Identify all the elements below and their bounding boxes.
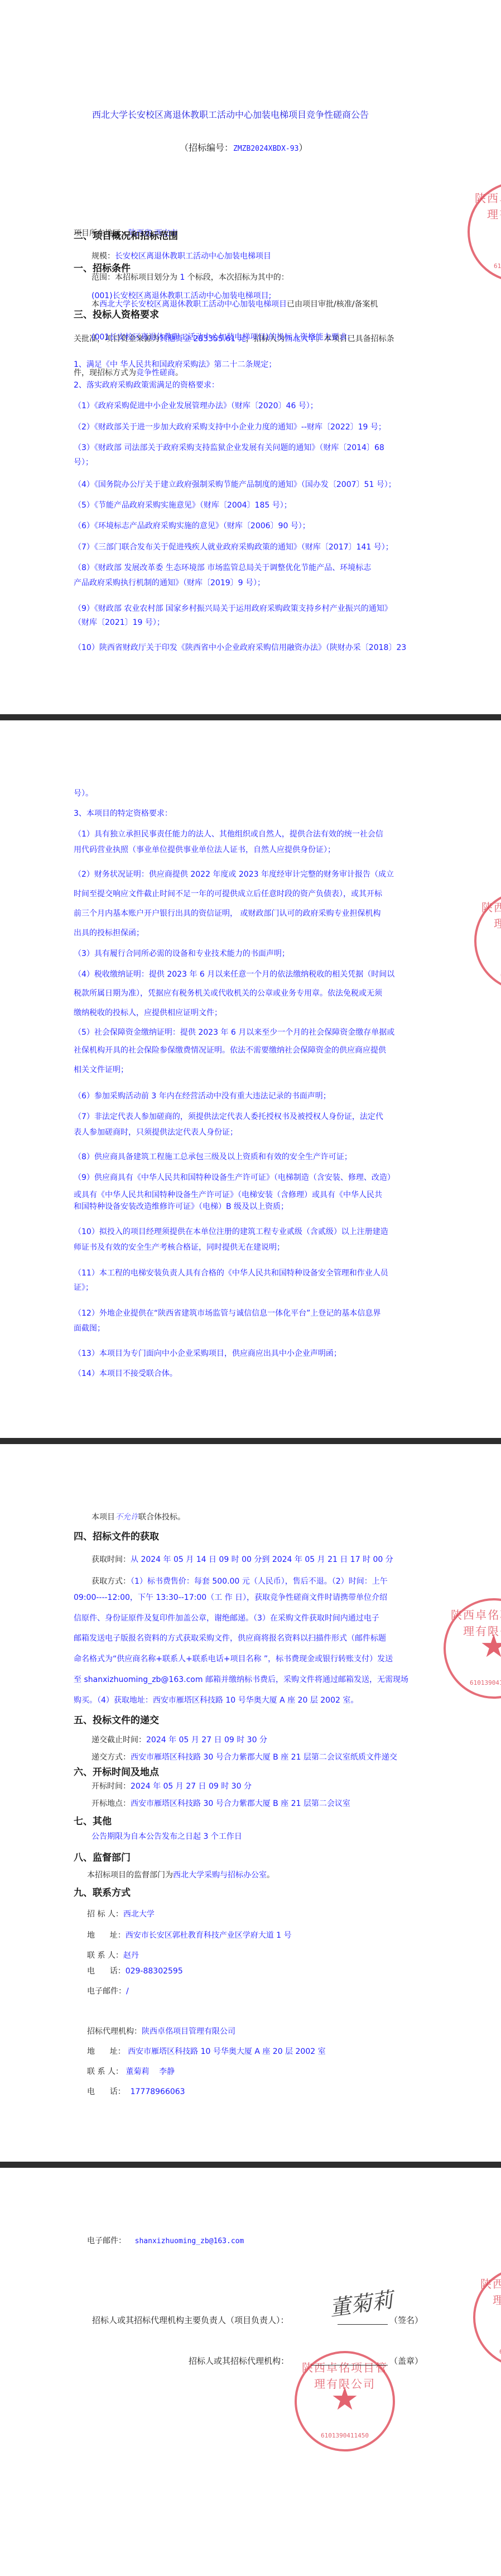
- value: 西安市雁塔区科技路 10 号华奥大厦 A 座 20 层 2002 室: [126, 2047, 326, 2056]
- star-icon: ★: [480, 1631, 501, 1662]
- obtain-method-line: 命名格式为“供应商名称+联系人+联系电话+项目名称 ”，标书费现金或银行转账支付…: [74, 1653, 393, 1665]
- policy-item: （3）《财政部 司法部关于政府采购支持监狱企业发展有关问题的通知》（财库〔201…: [74, 442, 384, 453]
- label: 招标代理机构：: [87, 2027, 142, 2036]
- label: 获取时间：: [91, 1555, 131, 1564]
- seal-label: 招标人或其招标代理机构：: [189, 2355, 289, 2367]
- obtain-method-line: 09:00----12:00，下午 13:30--17:00（工 作 日），获取…: [74, 1592, 387, 1603]
- specific-requirement: （9）供应商具有《中华人民共和国特种设备生产许可证》（电梯制造（含安装、修理、改…: [74, 1172, 395, 1183]
- label: 地 址：: [87, 2047, 126, 2056]
- specific-requirement: 或具有《中华人民共和国特种设备生产许可证》（电梯安装（含修理）或具有《中华人民共: [74, 1189, 382, 1201]
- notice-period: 公告期限为自本公告发布之日起 3 个工作日: [91, 1831, 242, 1842]
- value: 董菊莉 李静: [123, 2067, 175, 2076]
- value: 西安市长安区郭杜教育科技产业区学府大道 1 号: [126, 1931, 292, 1940]
- consortium-status: 不允许: [115, 1513, 138, 1522]
- tender-code: （招标编号：ZMZB2024XBDX-93）: [180, 142, 307, 155]
- scale-label: 规模：: [91, 252, 115, 261]
- label: 电子邮件：: [87, 1987, 126, 1996]
- requirement-1: 1、满足《中 华人民共和国政府采购法》第二十二条规定；: [74, 359, 276, 370]
- lot-item: (001)长安校区离退休教职工活动中心加装电梯项目;: [91, 290, 271, 302]
- specific-requirement: （3）具有履行合同所必需的设备和专业技术能力的书面声明；: [74, 948, 290, 959]
- tender-code-value: ZMZB2024XBDX-93: [233, 145, 298, 153]
- policy-item: （10）陕西省财政厅关于印发《陕西省中小企业政府采购信用融资办法》（陕财办采〔2…: [74, 642, 406, 653]
- supervisor: 西北大学采购与招标办公室: [173, 1871, 267, 1880]
- submit-deadline: 递交截止时间：2024 年 05 月 27 日 09 时 30 分: [91, 1734, 267, 1746]
- obtain-method-line[interactable]: 至 shanxizhuoming_zb@163.com 邮箱并缴纳标书费后，采购…: [74, 1674, 408, 1685]
- seal-code: 6101390411450: [297, 2432, 393, 2439]
- section-2-heading-shown: 二、项目概况和招标范围: [74, 230, 178, 242]
- label: 电 话：: [87, 1967, 126, 1976]
- tenderer-email-row: 电子邮件：/: [87, 1986, 129, 1997]
- label: 开标地点：: [91, 1799, 131, 1808]
- company-seal-page-3: 陕西卓佲项目管理有限公司 ★ 6101390411450: [444, 1598, 501, 1699]
- seal-code: 6101390411450: [475, 2348, 501, 2355]
- specific-requirement: （6）参加采购活动前 3 年内在经营活动中没有重大违法记录的书面声明；: [74, 1091, 331, 1102]
- specific-requirement: 出具的投标担保函；: [74, 928, 144, 939]
- specific-requirement: （12）外地企业提供在“陕西省建筑市场监管与诚信信息一体化平台”上登记的基本信息…: [74, 1308, 380, 1319]
- submit-method: 递交方式：西安市雁塔区科技路 30 号合力紫郡大厦 B 座 21 层第二会议室纸…: [91, 1752, 397, 1763]
- specific-requirement: （11）本工程的电梯安装负责人具有合格的《中华人民共和国特种设备安全管理和作业人…: [74, 1268, 388, 1279]
- text: 。: [267, 1871, 274, 1880]
- document-title: 西北大学长安校区离退休教职工活动中心加装电梯项目竞争性磋商公告: [92, 109, 369, 121]
- agency-phone-row: 电 话： 17778966063: [87, 2086, 185, 2097]
- label: 联 系 人：: [87, 2067, 123, 2076]
- value: /: [126, 1987, 129, 1996]
- value: 2024 年 05 月 27 日 09 时 30 分: [146, 1736, 267, 1745]
- policy-item: （1）《政府采购促进中小企业发展管理办法》（财库〔2020〕46 号）；: [74, 400, 318, 412]
- obtain-method-line: 信原件、身份证原件及复印件加盖公章，谢绝邮递。（3）在采购文件获取时间内通过电子: [74, 1613, 379, 1624]
- section-7-heading: 七、其他: [74, 1815, 112, 1828]
- specific-requirement: 前三个月内基本账户开户银行出具的资信证明， 或财政部门认可的政府采购专业担保机构: [74, 908, 380, 919]
- supervision-line: 本招标项目的监督部门为西北大学采购与招标办公室。: [87, 1870, 274, 1881]
- policy-item: （8）《财政部 发展改革委 生态环境部 市场监管总局关于调整优化节能产品、环境标…: [74, 562, 371, 573]
- agency-contact-row: 联 系 人： 董菊莉 李静: [87, 2066, 175, 2077]
- value: （1）标书费售价：每套 500.00 元（人民币），售后不退。（2）时间：上午: [131, 1577, 388, 1586]
- section-4-heading: 四、招标文件的获取: [74, 1531, 159, 1543]
- agency-address-row: 地 址： 西安市雁塔区科技路 10 号华奥大厦 A 座 20 层 2002 室: [87, 2046, 326, 2057]
- label: 获取方式：: [91, 1577, 131, 1586]
- policy-item: （2）《财政部关于进一步加大政府采购支持中小企业力度的通知》--财库〔2022〕…: [74, 422, 386, 433]
- text: 范围：本招标项目划分为: [91, 273, 177, 282]
- opening-place: 开标地点：西安市雁塔区科技路 30 号合力紫郡大厦 B 座 21 层第二会议室: [91, 1798, 350, 1809]
- seal-text: 陕西卓佲项目管理有限公司: [470, 189, 501, 222]
- signature-line: [338, 2324, 388, 2325]
- company-seal-page-1: 陕西卓佲项目管理有限公司 ★ 6101390411450: [468, 181, 501, 282]
- specific-requirement: （2）财务状况证明：供应商提供 2022 年度或 2023 年度经审计完整的财务…: [74, 869, 394, 880]
- value: 西安市雁塔区科技路 30 号合力紫郡大厦 B 座 21 层第二会议室纸质文件递交: [131, 1753, 397, 1762]
- value: 赵丹: [123, 1951, 139, 1960]
- specific-requirement: 师证书及有效的安全生产考核合格证，同时提供无在建说明；: [74, 1242, 285, 1253]
- agency-name-row: 招标代理机构：陕西卓佲项目管理有限公司: [87, 2026, 235, 2037]
- label: 递交截止时间：: [91, 1736, 146, 1745]
- page-separator: [0, 714, 501, 720]
- specific-requirement: （5）社会保障资金缴纳证明：提供 2023 年 6 月以来至少一个月的社会保障资…: [74, 1027, 394, 1038]
- agency-email-row: 电子邮件： shanxizhuoming_zb@163.com: [87, 2235, 244, 2247]
- specific-requirement: 和国特种设备安装改造维修许可证》（电梯）B 级及以上资质；: [74, 1201, 288, 1212]
- qualification-intro: (001长安校区离退休教职工活动中心加装电梯项目)的投标人资格能力要求：: [91, 332, 355, 343]
- agency-email-link[interactable]: shanxizhuoming_zb@163.com: [126, 2237, 244, 2245]
- specific-requirement: 社保机构开具的社会保险参保缴费情况证明。依法不需要缴纳社会保障资金的供应商应提供: [74, 1045, 386, 1056]
- specific-requirement: （4）税收缴纳证明：提供 2023 年 6 月以来任意一个月的依法缴纳税收的相关…: [74, 969, 394, 980]
- handwritten-signature: 董菊莉: [327, 2282, 395, 2321]
- specific-requirement: （1）具有独立承担民事责任能力的法人、其他组织或自然人，提供合法有效的统一社会信: [74, 829, 383, 840]
- page-separator: [0, 1438, 501, 1444]
- specific-requirement: 时间至提交响应文件截止时间不足一年的可提供成立后任意时段的资产负债表），或其开标: [74, 888, 382, 900]
- company-seal-page-2: 陕西卓佲项目管理有限公司 ★ 6101390411450: [474, 891, 501, 991]
- value: 陕西卓佲项目管理有限公司: [142, 2027, 235, 2036]
- seal-line: [311, 2365, 388, 2365]
- section-8-heading: 八、监督部门: [74, 1852, 131, 1864]
- specific-requirement: 用代码营业执照（事业单位提供事业单位法人证书，自然人应提供身份证）；: [74, 844, 335, 856]
- section-5-heading: 五、投标文件的递交: [74, 1714, 159, 1727]
- tenderer-contact-row: 联 系 人：赵丹: [87, 1950, 139, 1961]
- scale-value: 长安校区离退休教职工活动中心加装电梯项目: [115, 252, 271, 261]
- seal-code: 6101390411450: [446, 1679, 501, 1686]
- policy-item: 产品政府采购执行机制的通知》（财库〔2019〕9 号）；: [74, 577, 265, 589]
- value: 西北大学: [123, 1910, 155, 1919]
- specific-requirement: （10）拟投入的项目经理须提供在本单位注册的建筑工程专业贰级（含贰级）以上注册建…: [74, 1226, 388, 1237]
- opening-time: 开标时间：2024 年 05 月 27 日 09 时 30 分: [91, 1781, 252, 1792]
- section-6-heading: 六、开标时间及地点: [74, 1766, 159, 1779]
- text: 联合体投标。: [138, 1513, 185, 1522]
- value: 2024 年 05 月 27 日 09 时 30 分: [131, 1782, 252, 1791]
- tenderer-phone-row: 电 话：029-88302595: [87, 1966, 183, 1977]
- specific-requirement: （13）本项目为专门面向中小企业采购项目，供应商应出具中小企业声明函；: [74, 1348, 341, 1359]
- specific-requirement: 相关文件证明；: [74, 1064, 128, 1076]
- text: 本项目: [91, 1513, 115, 1522]
- seal-code: 6101390411450: [470, 262, 501, 270]
- text: 个标段，本次招标为其中的：: [187, 273, 289, 282]
- value: 029-88302595: [126, 1967, 183, 1976]
- star-icon: ★: [331, 2384, 359, 2415]
- page-separator: [0, 2162, 501, 2168]
- tenderer-name-row: 招 标 人：西北大学: [87, 1909, 155, 1920]
- value: 从 2024 年 05 月 14 日 09 时 00 分到 2024 年 05 …: [131, 1555, 393, 1564]
- section-3-heading: 三、投标人资格要求: [74, 309, 159, 321]
- specific-requirement: 缴纳税收的投标人，应提供相应证明文件；: [74, 1007, 222, 1019]
- policy-item: （7）《三部门联合发布关于促进残疾人就业政府采购政策的通知》（财库〔2017〕1…: [74, 542, 393, 553]
- label: 递交方式：: [91, 1753, 131, 1762]
- label: 招 标 人：: [87, 1910, 123, 1919]
- label: 联 系 人：: [87, 1951, 123, 1960]
- company-seal-main: 陕西卓佲项目管理有限公司 ★ 6101390411450: [295, 2351, 395, 2451]
- seal-suffix: （盖章）: [389, 2355, 423, 2367]
- seal-text: 陕西卓佲项目管理有限公司: [475, 2275, 501, 2307]
- specific-requirement: （8）供应商具备建筑工程施工总承包三级及以上资质和有效的安全生产许可证；: [74, 1151, 352, 1163]
- lot-count: 1: [177, 273, 187, 282]
- signature-label: 招标人或其招标代理机构主要负责人（项目负责人）：: [92, 2315, 289, 2325]
- requirement-2: 2、落实政府采购政策需满足的资格要求：: [74, 380, 219, 391]
- policy-item: 号）。: [74, 788, 93, 799]
- policy-item: （9）《财政部 农业农村部 国家乡村振兴局关于运用政府采购政策支持乡村产业振兴的…: [74, 603, 392, 614]
- value: 西安市雁塔区科技路 30 号合力紫郡大厦 B 座 21 层第二会议室: [131, 1799, 350, 1808]
- obtain-method-line: 购买。（4）获取地址：西安市雁塔区科技路 10 号华奥大厦 A 座 20 层 2…: [74, 1695, 358, 1706]
- seal-text: 陕西卓佲项目管理有限公司: [476, 899, 501, 931]
- specific-requirement: 面截图；: [74, 1323, 105, 1334]
- label: 电子邮件：: [87, 2236, 126, 2245]
- obtain-method: 获取方式：（1）标书费售价：每套 500.00 元（人民币），售后不退。（2）时…: [91, 1576, 388, 1587]
- specific-requirement: 证》；: [74, 1282, 93, 1293]
- seal-code: 6101390411450: [476, 972, 501, 979]
- text: 本招标项目的监督部门为: [87, 1871, 173, 1880]
- text: 已由项目审批/核准/备案机: [287, 300, 378, 309]
- value: 17778966063: [126, 2087, 185, 2096]
- policy-item: （财库〔2021〕19 号）；: [74, 617, 165, 628]
- scale-line: 规模：长安校区离退休教职工活动中心加装电梯项目: [91, 251, 271, 262]
- specific-requirement: （14）本项目不接受联合体。: [74, 1368, 177, 1379]
- policy-item: （5）《节能产品政府采购实施意见》（财库〔2004〕185 号）；: [74, 500, 292, 511]
- label: 电 话：: [87, 2087, 126, 2096]
- label: 地 址：: [87, 1931, 126, 1940]
- obtain-time: 获取时间：从 2024 年 05 月 14 日 09 时 00 分到 2024 …: [91, 1554, 393, 1565]
- tenderer-address-row: 地 址：西安市长安区郭杜教育科技产业区学府大道 1 号: [87, 1930, 292, 1941]
- label: 开标时间：: [91, 1782, 131, 1791]
- tender-code-suffix: ）: [298, 142, 307, 153]
- signature-suffix: （签名）: [389, 2315, 423, 2326]
- section-9-heading: 九、联系方式: [74, 1887, 131, 1899]
- company-seal-page-4-edge: 陕西卓佲项目管理有限公司 ★ 6101390411450: [473, 2267, 501, 2368]
- policy-item: 号）；: [74, 457, 93, 468]
- policy-item: （4）《国务院办公厅关于建立政府强制采购节能产品制度的通知》（国办发〔2007〕…: [74, 479, 396, 490]
- consortium-line: 本项目不允许联合体投标。: [91, 1512, 185, 1523]
- specific-requirement: 税款所属日期为准），凭据应有税务机关或代收机关的公章或业务专用章。依法免税或无须: [74, 988, 382, 999]
- requirement-3: 3、本项目的特定资格要求：: [74, 808, 172, 819]
- scope-line: 范围：本招标项目划分为 1 个标段，本次招标为其中的：: [91, 272, 289, 283]
- tender-code-prefix: （招标编号：: [180, 142, 233, 153]
- specific-requirement: 表人参加磋商时，只须提供法定代表人身份证；: [74, 1127, 238, 1138]
- policy-item: （6）《环境标志产品政府采购实施的意见》（财库〔2006〕90 号）；: [74, 520, 310, 532]
- obtain-method-line: 邮箱发送电子版报名资料的方式获取采购文件，供应商将报名资料以扫描件形式（邮件标题: [74, 1633, 386, 1644]
- specific-requirement: （7）非法定代表人参加磋商的，须提供法定代表人委托授权书及被授权人身份证，法定代: [74, 1111, 383, 1122]
- signature-row: 招标人或其招标代理机构主要负责人（项目负责人）：: [92, 2315, 289, 2326]
